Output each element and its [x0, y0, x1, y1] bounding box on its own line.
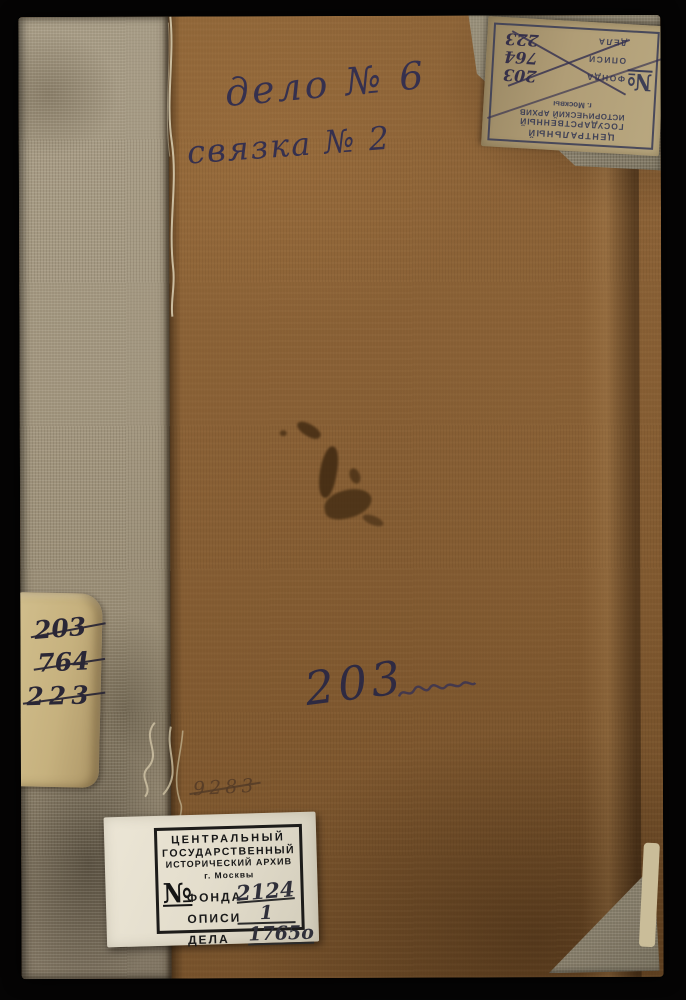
- label-row-label: ОПИСИ: [187, 906, 241, 926]
- bottom-label-rows: ФОНДА 2124 ОПИСИ 1 ДЕЛА 1765о: [187, 883, 299, 949]
- photo-archive-file-cover: дело № 6 связка № 2 203 203 764 223 9283…: [0, 0, 686, 1000]
- label-row-value: 1765о: [248, 925, 314, 946]
- spine-crossed-number: 203: [33, 609, 104, 648]
- pencil-note-wrap: 9283: [192, 775, 257, 801]
- upper-archive-stamp-label: ЦЕНТРАЛЬНЫЙ ГОСУДАРСТВЕННЫЙ ИСТОРИЧЕСКИЙ…: [481, 16, 664, 156]
- label-row: ДЕЛА 1765о: [188, 925, 299, 949]
- frayed-thread: [176, 731, 183, 829]
- label-row-label: ДЕЛА: [188, 927, 230, 947]
- spine-crossed-number: 764: [37, 644, 103, 681]
- label-row-label: ФОНДА: [187, 885, 243, 906]
- numero-sign: №: [626, 67, 653, 95]
- bottom-archive-label: ЦЕНТРАЛЬНЫЙ ГОСУДАРСТВЕННЫЙ ИСТОРИЧЕСКИЙ…: [104, 812, 320, 948]
- upper-stamp-border-box: ЦЕНТРАЛЬНЫЙ ГОСУДАРСТВЕННЫЙ ИСТОРИЧЕСКИЙ…: [487, 23, 660, 150]
- book-cover: дело № 6 связка № 2 203 203 764 223 9283…: [18, 15, 663, 979]
- pencil-crossed-number: 9283: [192, 775, 257, 801]
- bottom-label-border-box: ЦЕНТРАЛЬНЫЙ ГОСУДАРСТВЕННЫЙ ИСТОРИЧЕСКИЙ…: [154, 824, 305, 934]
- frayed-thread: [163, 727, 173, 795]
- spine-crossed-number: 223: [26, 678, 101, 714]
- spine-paper-label: 203 764 223: [18, 592, 103, 788]
- frayed-thread: [144, 723, 155, 797]
- loose-thread-top: [169, 17, 174, 317]
- label-row-value: 2124: [235, 880, 295, 904]
